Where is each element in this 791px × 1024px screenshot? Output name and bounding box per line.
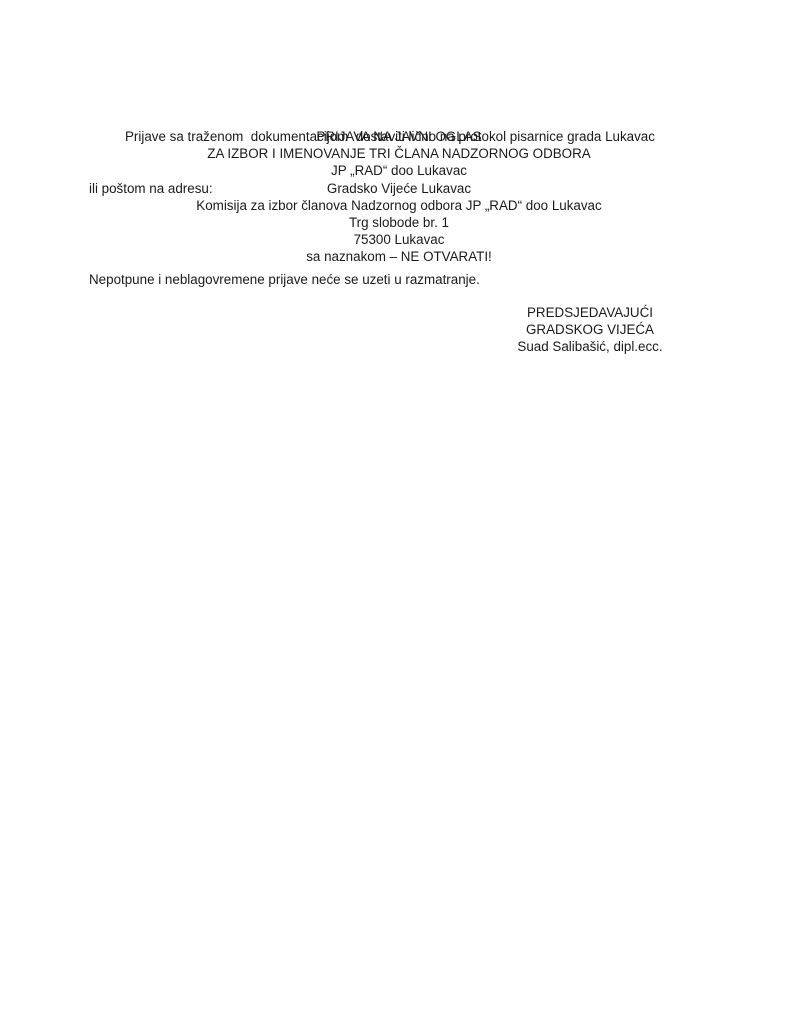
address-line: Trg slobode br. 1 [89,214,709,231]
address-line: Komisija za izbor članova Nadzornog odbo… [89,197,709,214]
incomplete-applications-note: Nepotpune i neblagovremene prijave neće … [89,271,480,288]
address-line: 75300 Lukavac [89,231,709,248]
address-line: Gradsko Vijeće Lukavac [89,180,709,197]
document-page: Prijave sa traženom dokumentacijom dosta… [0,0,791,1024]
address-block: PRIJAVA NA JAVNI OGLAS ZA IZBOR I IMENOV… [89,128,709,266]
signature-block: PREDSJEDAVAJUĆI GRADSKOG VIJEĆA Suad Sal… [490,304,690,356]
address-line: PRIJAVA NA JAVNI OGLAS [89,128,709,145]
address-line: sa naznakom – NE OTVARATI! [89,248,709,265]
address-line: JP „RAD“ doo Lukavac [89,162,709,179]
signature-name: Suad Salibašić, dipl.ecc. [490,338,690,355]
signature-title-line-2: GRADSKOG VIJEĆA [490,321,690,338]
address-line: ZA IZBOR I IMENOVANJE TRI ČLANA NADZORNO… [89,145,709,162]
signature-title-line-1: PREDSJEDAVAJUĆI [490,304,690,321]
